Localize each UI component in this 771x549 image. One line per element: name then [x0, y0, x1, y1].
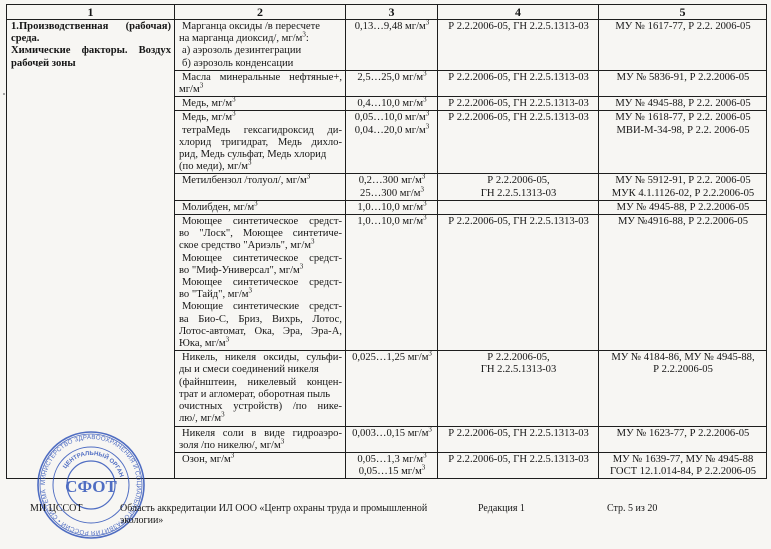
- factor-cell: Метилбензол /толуол/, мг/м3: [175, 174, 346, 200]
- range-cell-line: 0,05…10,0 мг/м3: [350, 112, 434, 124]
- methods-cell-line: МУ № 1623-77, Р 2.2.2006-05: [603, 428, 763, 440]
- methods-cell-line: МУ № 5912-91, Р 2.2. 2006-05: [603, 175, 763, 187]
- range-cell: 0,2…300 мг/м325…300 мг/м3: [346, 174, 438, 200]
- norms-cell: Р 2.2.2006-05, ГН 2.2.5.1313-03: [438, 97, 599, 111]
- range-cell-line: 1,0…10,0 мг/м3: [350, 216, 434, 228]
- methods-cell-line: МУ № 1618-77, Р 2.2. 2006-05: [603, 112, 763, 124]
- range-cell: 0,003…0,15 мг/м3: [346, 426, 438, 452]
- range-cell-line: 0,4…10,0 мг/м3: [350, 98, 434, 110]
- methods-cell-line: МУ № 5836-91, Р 2.2.2006-05: [603, 72, 763, 84]
- methods-cell-line: МУ № 4945-88, Р 2.2.2006-05: [603, 202, 763, 214]
- norms-cell: Р 2.2.2006-05, ГН 2.2.5.1313-03: [438, 111, 599, 174]
- range-cell-line: 0,025…1,25 мг/м3: [350, 352, 434, 364]
- methods-cell-line: МУ № 1639-77, МУ № 4945-88: [603, 454, 763, 466]
- methods-cell-line: МУК 4.1.1126-02, Р 2.2.2006-05: [603, 188, 763, 200]
- table-body: 1.Производственная (рабочая)среда.Химиче…: [7, 20, 767, 479]
- factor-cell-line: тетраМедь гексагидроксид ди-: [179, 125, 342, 137]
- factor-cell-line: Моющее синтетическое средст-: [179, 277, 342, 289]
- factor-cell-line: Моющие синтетические средст-: [179, 301, 342, 313]
- factor-cell-line: очистных устройств) /по нике-: [179, 401, 342, 413]
- factor-cell-line: Никель, никеля оксиды, сульфи-: [179, 352, 342, 364]
- factor-cell-line: Моющее синтетическое средст-: [179, 216, 342, 228]
- methods-cell-line: МУ №4916-88, Р 2.2.2006-05: [603, 216, 763, 228]
- scan-speck: [3, 93, 5, 95]
- norms-cell: Р 2.2.2006-05,ГН 2.2.5.1313-03: [438, 351, 599, 426]
- methods-cell: МУ № 5912-91, Р 2.2. 2006-05МУК 4.1.1126…: [599, 174, 767, 200]
- factor-cell-line: (файнштеин, никелевый концен-: [179, 377, 342, 389]
- range-cell: 0,05…1,3 мг/м30,05…15 мг/м3: [346, 452, 438, 478]
- methods-cell-line: ГОСТ 12.1.014-84, Р 2.2.2006-05: [603, 466, 763, 478]
- column-header: 4: [438, 5, 599, 20]
- methods-cell: МУ № 4184-86, МУ № 4945-88,Р 2.2.2006-05: [599, 351, 767, 426]
- factor-cell: Молибден, мг/м3: [175, 200, 346, 214]
- section-title-line: среда.: [11, 33, 171, 45]
- norms-cell: Р 2.2.2006-05,ГН 2.2.5.1313-03: [438, 174, 599, 200]
- factor-cell: Озон, мг/м3: [175, 452, 346, 478]
- factor-cell-line: Никеля соли в виде гидроаэро-: [179, 428, 342, 440]
- factor-cell: Моющее синтетическое средст-во "Лоск", М…: [175, 215, 346, 351]
- factor-cell-line: б) аэрозоль конденсации: [179, 58, 342, 70]
- factor-cell: Масла минеральные нефтяные+,мг/м3: [175, 70, 346, 96]
- factor-cell: Марганца оксиды /в пересчетена марганца …: [175, 20, 346, 71]
- methods-cell: МУ № 4945-88, Р 2.2.2006-05: [599, 200, 767, 214]
- factor-cell-line: ское средство "Ариэль", мг/м3: [179, 240, 342, 252]
- section-title-line: рабочей зоны: [11, 58, 171, 70]
- norms-cell-line: Р 2.2.2006-05,: [442, 352, 595, 364]
- factor-cell-line: Моющее синтетическое средст-: [179, 253, 342, 265]
- factor-cell-line: Масла минеральные нефтяные+,: [179, 72, 342, 84]
- factor-cell-line: а) аэрозоль дезинтеграции: [179, 45, 342, 57]
- factor-cell: Медь, мг/м3: [175, 97, 346, 111]
- factor-cell-line: лю/, мг/м3: [179, 413, 342, 425]
- range-cell: 0,4…10,0 мг/м3: [346, 97, 438, 111]
- norms-cell: Р 2.2.2006-05, ГН 2.2.5.1313-03: [438, 215, 599, 351]
- column-header: 5: [599, 5, 767, 20]
- norms-cell-line: ГН 2.2.5.1313-03: [442, 188, 595, 200]
- section-title-line: Химические факторы. Воздух: [11, 45, 171, 57]
- factor-cell: Никеля соли в виде гидроаэро-золя /по ни…: [175, 426, 346, 452]
- svg-text:СФОТ: СФОТ: [65, 477, 117, 496]
- range-cell-line: 0,04…20,0 мг/м3: [350, 125, 434, 137]
- norms-cell: [438, 200, 599, 214]
- factor-cell-line: Молибден, мг/м3: [179, 202, 342, 214]
- section-title-cell: 1.Производственная (рабочая)среда.Химиче…: [7, 20, 175, 479]
- methods-cell: МУ № 1618-77, Р 2.2. 2006-05МВИ-М-34-98,…: [599, 111, 767, 174]
- range-cell: 0,13…9,48 мг/м3: [346, 20, 438, 71]
- norms-cell-line: Р 2.2.2006-05, ГН 2.2.5.1313-03: [442, 112, 595, 124]
- table-row: 1.Производственная (рабочая)среда.Химиче…: [7, 20, 767, 71]
- column-header: 3: [346, 5, 438, 20]
- factor-cell-line: трат и агломерат, оборотная пыль: [179, 389, 342, 401]
- column-number-row: 1 2 3 4 5: [7, 5, 767, 20]
- norms-cell: Р 2.2.2006-05, ГН 2.2.5.1313-03: [438, 426, 599, 452]
- methods-cell-line: Р 2.2.2006-05: [603, 364, 763, 376]
- factor-cell-line: ды и смеси соединений никеля: [179, 364, 342, 376]
- norms-cell-line: ГН 2.2.5.1313-03: [442, 364, 595, 376]
- footer-organization: МИ ЦССОТ: [30, 503, 83, 515]
- methods-cell-line: МУ № 4184-86, МУ № 4945-88,: [603, 352, 763, 364]
- methods-cell: МУ № 1639-77, МУ № 4945-88ГОСТ 12.1.014-…: [599, 452, 767, 478]
- range-cell: 1,0…10,0 мг/м3: [346, 215, 438, 351]
- factor-cell-line: Юка, мг/м3: [179, 338, 342, 350]
- norms-cell-line: Р 2.2.2006-05, ГН 2.2.5.1313-03: [442, 21, 595, 33]
- factor-cell-line: Медь, мг/м3: [179, 98, 342, 110]
- factor-cell-line: ва Био-С, Бриз, Вихрь, Лотос,: [179, 314, 342, 326]
- norms-cell-line: Р 2.2.2006-05, ГН 2.2.5.1313-03: [442, 98, 595, 110]
- factor-cell-line: на марганца диоксид/, мг/м3:: [179, 33, 342, 45]
- methods-cell: МУ № 4945-88, Р 2.2. 2006-05: [599, 97, 767, 111]
- factor-cell-line: хлорид тригидрат, Медь дихло-: [179, 137, 342, 149]
- column-header: 1: [7, 5, 175, 20]
- range-cell-line: 25…300 мг/м3: [350, 188, 434, 200]
- factor-cell-line: во "Миф-Универсал", мг/м3: [179, 265, 342, 277]
- range-cell-line: 0,13…9,48 мг/м3: [350, 21, 434, 33]
- factor-cell-line: во "Тайд", мг/м3: [179, 289, 342, 301]
- footer-scope-title: Область аккредитации ИЛ ООО «Центр охран…: [120, 503, 450, 527]
- factor-cell-line: Лотос-автомат, Ока, Эра, Эра-А,: [179, 326, 342, 338]
- norms-cell: Р 2.2.2006-05, ГН 2.2.5.1313-03: [438, 452, 599, 478]
- factor-cell: Медь, мг/м3тетраМедь гексагидроксид ди-х…: [175, 111, 346, 174]
- norms-cell-line: Р 2.2.2006-05, ГН 2.2.5.1313-03: [442, 454, 595, 466]
- factor-cell-line: рид, Медь сульфат, Медь хлорид: [179, 149, 342, 161]
- factor-cell-line: мг/м3: [179, 84, 342, 96]
- norms-cell-line: Р 2.2.2006-05,: [442, 175, 595, 187]
- range-cell-line: 1,0…10,0 мг/м3: [350, 202, 434, 214]
- factor-cell-line: Медь, мг/м3: [179, 112, 342, 124]
- accreditation-scope-table: 1 2 3 4 5 1.Производственная (рабочая)ср…: [6, 4, 767, 479]
- methods-cell-line: МУ № 4945-88, Р 2.2. 2006-05: [603, 98, 763, 110]
- norms-cell: Р 2.2.2006-05, ГН 2.2.5.1313-03: [438, 70, 599, 96]
- norms-cell-line: Р 2.2.2006-05, ГН 2.2.5.1313-03: [442, 216, 595, 228]
- range-cell: 0,05…10,0 мг/м30,04…20,0 мг/м3: [346, 111, 438, 174]
- methods-cell: МУ № 1617-77, Р 2.2. 2006-05: [599, 20, 767, 71]
- footer-page-number: Стр. 5 из 20: [607, 503, 657, 515]
- norms-cell-line: Р 2.2.2006-05, ГН 2.2.5.1313-03: [442, 72, 595, 84]
- methods-cell-line: МВИ-М-34-98, Р 2.2. 2006-05: [603, 125, 763, 137]
- methods-cell: МУ №4916-88, Р 2.2.2006-05: [599, 215, 767, 351]
- scan-speck: [38, 65, 40, 67]
- range-cell: 0,025…1,25 мг/м3: [346, 351, 438, 426]
- range-cell: 2,5…25,0 мг/м3: [346, 70, 438, 96]
- methods-cell: МУ № 5836-91, Р 2.2.2006-05: [599, 70, 767, 96]
- section-title-line: 1.Производственная (рабочая): [11, 21, 171, 33]
- factor-cell: Никель, никеля оксиды, сульфи-ды и смеси…: [175, 351, 346, 426]
- factor-cell-line: Марганца оксиды /в пересчете: [179, 21, 342, 33]
- range-cell-line: 2,5…25,0 мг/м3: [350, 72, 434, 84]
- factor-cell-line: Озон, мг/м3: [179, 454, 342, 466]
- factor-cell-line: (по меди), мг/м3: [179, 161, 342, 173]
- methods-cell-line: МУ № 1617-77, Р 2.2. 2006-05: [603, 21, 763, 33]
- column-header: 2: [175, 5, 346, 20]
- range-cell-line: 0,05…15 мг/м3: [350, 466, 434, 478]
- norms-cell-line: Р 2.2.2006-05, ГН 2.2.5.1313-03: [442, 428, 595, 440]
- factor-cell-line: во "Лоск", Моющее синтетиче-: [179, 228, 342, 240]
- footer-edition: Редакция 1: [478, 503, 525, 515]
- factor-cell-line: золя /по никелю/, мг/м3: [179, 440, 342, 452]
- methods-cell: МУ № 1623-77, Р 2.2.2006-05: [599, 426, 767, 452]
- norms-cell: Р 2.2.2006-05, ГН 2.2.5.1313-03: [438, 20, 599, 71]
- range-cell-line: 0,003…0,15 мг/м3: [350, 428, 434, 440]
- factor-cell-line: Метилбензол /толуол/, мг/м3: [179, 175, 342, 187]
- range-cell: 1,0…10,0 мг/м3: [346, 200, 438, 214]
